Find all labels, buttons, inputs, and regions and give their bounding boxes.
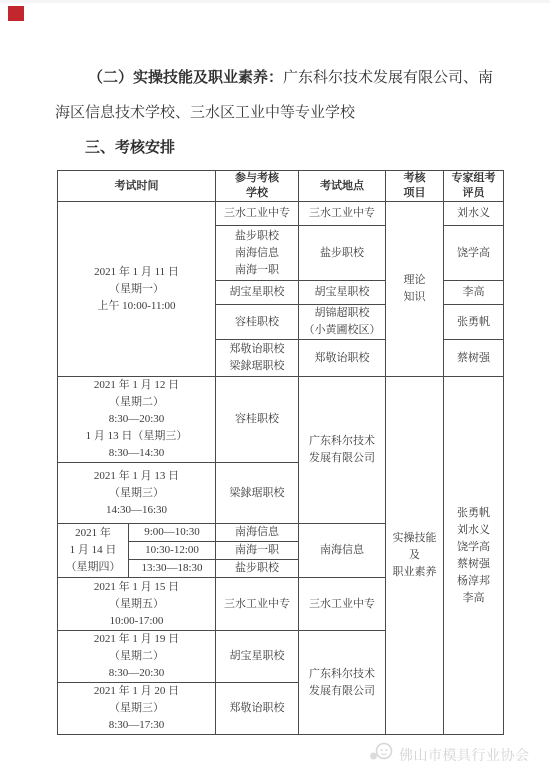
- cell-school: 盐步职校 南海信息 南海一职: [216, 226, 299, 281]
- red-marker: [8, 6, 24, 21]
- col-header-examiners: 专家组考 评员: [444, 171, 504, 202]
- intro-item-label: （二）实操技能及职业素养：: [88, 70, 283, 86]
- intro-line-1-rest: 广东科尔技术发展有限公司、南: [283, 70, 493, 86]
- cell-project-practical: 实操技能 及 职业素养: [386, 377, 444, 735]
- cell-school: 盐步职校: [216, 560, 299, 578]
- cell-examiner: 刘水义: [444, 202, 504, 226]
- cell-timeslot: 10:30-12:00: [129, 542, 216, 560]
- cell-school: 胡宝星职校: [216, 281, 299, 305]
- assessment-schedule-table: 考试时间 参与考核 学校 考试地点 考核 项目 专家组考 评员 2021 年 1…: [57, 170, 504, 735]
- watermark: 佛山市模具行业协会: [368, 742, 530, 767]
- cell-location: 盐步职校: [299, 226, 386, 281]
- cell-school: 郑敬诒职校 梁銶琚职校: [216, 340, 299, 377]
- cell-school: 南海信息: [216, 524, 299, 542]
- cell-school: 胡宝星职校: [216, 631, 299, 683]
- cell-jan15-time: 2021 年 1 月 15 日 （星期五） 10:00-17:00: [58, 578, 216, 631]
- section-heading: 三、考核安排: [85, 136, 175, 157]
- intro-line-1: （二）实操技能及职业素养：广东科尔技术发展有限公司、南: [88, 66, 493, 87]
- cell-jan12-time: 2021 年 1 月 12 日 （星期二） 8:30—20:30 1 月 13 …: [58, 377, 216, 463]
- table-header-row: 考试时间 参与考核 学校 考试地点 考核 项目 专家组考 评员: [58, 171, 504, 202]
- cell-examiner: 张勇帆: [444, 305, 504, 340]
- cell-school: 梁銶琚职校: [216, 463, 299, 524]
- col-header-location: 考试地点: [299, 171, 386, 202]
- cell-jan13-time: 2021 年 1 月 13 日 （星期三） 14:30—16:30: [58, 463, 216, 524]
- cell-school: 容桂职校: [216, 305, 299, 340]
- cell-jan20-time: 2021 年 1 月 20 日 （星期三） 8:30—17:30: [58, 683, 216, 735]
- cell-examiner: 饶学高: [444, 226, 504, 281]
- cell-location: 南海信息: [299, 524, 386, 578]
- cell-examiners-group: 张勇帆 刘水义 饶学高 蔡树强 杨淳邦 李高: [444, 377, 504, 735]
- intro-line-2: 海区信息技术学校、三水区工业中等专业学校: [55, 101, 355, 122]
- table-row: 2021 年 1 月 12 日 （星期二） 8:30—20:30 1 月 13 …: [58, 377, 504, 463]
- cell-timeslot: 13:30—18:30: [129, 560, 216, 578]
- cell-school: 容桂职校: [216, 377, 299, 463]
- association-logo-icon: [368, 742, 394, 767]
- cell-location: 三水工业中专: [299, 202, 386, 226]
- cell-location: 郑敬诒职校: [299, 340, 386, 377]
- top-divider: [0, 0, 550, 3]
- cell-location-kerr: 广东科尔技术 发展有限公司: [299, 631, 386, 735]
- cell-school: 南海一职: [216, 542, 299, 560]
- cell-location-kerr: 广东科尔技术 发展有限公司: [299, 377, 386, 524]
- cell-school: 三水工业中专: [216, 202, 299, 226]
- watermark-text: 佛山市模具行业协会: [399, 745, 530, 765]
- cell-school: 三水工业中专: [216, 578, 299, 631]
- cell-examiner: 蔡树强: [444, 340, 504, 377]
- cell-location: 三水工业中专: [299, 578, 386, 631]
- col-header-project: 考核 项目: [386, 171, 444, 202]
- table-row: 2021 年 1 月 11 日 （星期一） 上午 10:00-11:00 三水工…: [58, 202, 504, 226]
- cell-jan14-date: 2021 年 1 月 14 日 （星期四）: [58, 524, 129, 578]
- cell-location: 胡宝星职校: [299, 281, 386, 305]
- cell-project-theory: 理论 知识: [386, 202, 444, 377]
- document-page: （二）实操技能及职业素养：广东科尔技术发展有限公司、南 海区信息技术学校、三水区…: [0, 0, 550, 775]
- cell-jan11-time: 2021 年 1 月 11 日 （星期一） 上午 10:00-11:00: [58, 202, 216, 377]
- cell-timeslot: 9:00—10:30: [129, 524, 216, 542]
- cell-examiner: 李高: [444, 281, 504, 305]
- cell-jan19-time: 2021 年 1 月 19 日 （星期二） 8:30—20:30: [58, 631, 216, 683]
- col-header-schools: 参与考核 学校: [216, 171, 299, 202]
- cell-school: 郑敬诒职校: [216, 683, 299, 735]
- col-header-exam-time: 考试时间: [58, 171, 216, 202]
- cell-location: 胡锦超职校 （小黄圃校区）: [299, 305, 386, 340]
